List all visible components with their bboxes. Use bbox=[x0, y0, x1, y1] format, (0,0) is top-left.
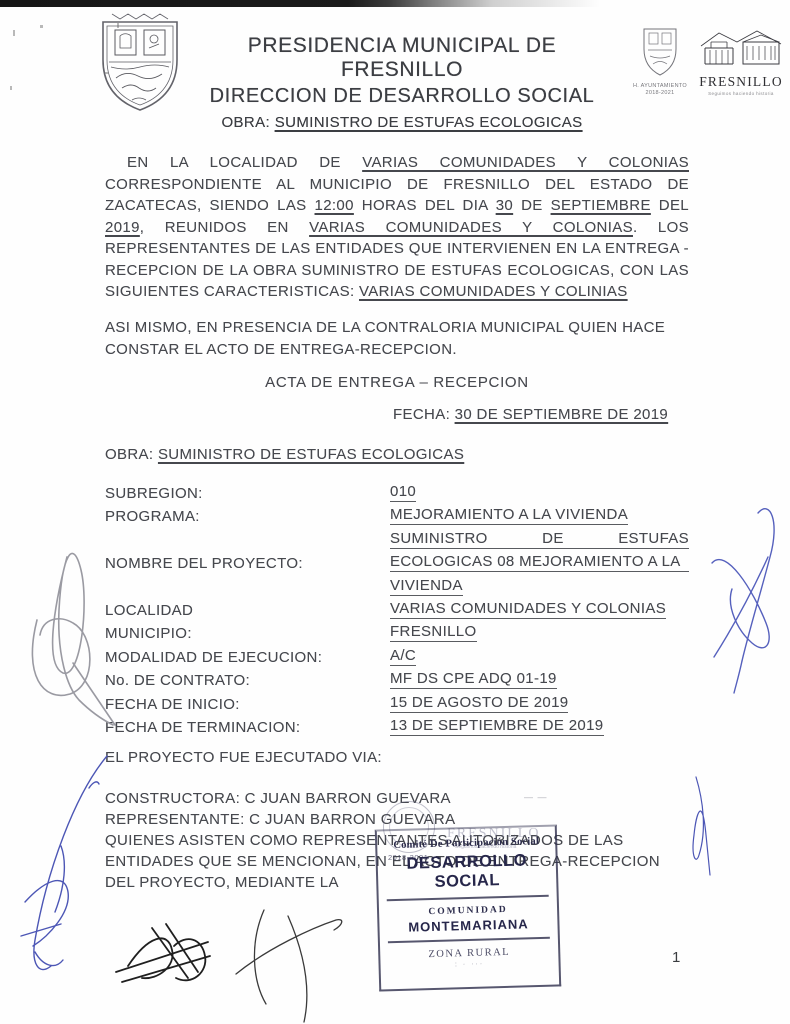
field-values: FRESNILLO bbox=[390, 622, 689, 645]
field-label: PROGRAMA: bbox=[105, 505, 390, 528]
field-value: SUMINISTRODEESTUFAS bbox=[390, 529, 689, 549]
field-value: FRESNILLO bbox=[390, 622, 477, 642]
acta-heading: ACTA DE ENTREGA – RECEPCION bbox=[105, 372, 689, 394]
field-row: SUBREGION:010 bbox=[105, 482, 689, 505]
signature-blue-bottom-left bbox=[5, 750, 117, 988]
field-value: A/C bbox=[390, 646, 416, 666]
contraloria-paragraph: ASI MISMO, EN PRESENCIA DE LA CONTRALORI… bbox=[105, 317, 689, 360]
field-row: NOMBRE DEL PROYECTO:SUMINISTRODEESTUFASE… bbox=[105, 529, 689, 599]
field-row: MUNICIPIO:FRESNILLO bbox=[105, 622, 689, 645]
fecha-label: FECHA: bbox=[393, 406, 455, 423]
stamp-community-name: MONTEMARIANA bbox=[379, 916, 557, 936]
field-value: VARIAS COMUNIDADES Y COLONIAS bbox=[390, 599, 666, 619]
intro-underlined-run: VARIAS COMUNIDADES Y COLINIAS bbox=[359, 283, 628, 300]
scanner-edge-band bbox=[0, 0, 600, 7]
intro-underlined-run: VARIAS COMUNIDADES Y COLONIAS bbox=[362, 154, 689, 171]
header-obra-line: OBRA: SUMINISTRO DE ESTUFAS ECOLOGICAS bbox=[188, 114, 616, 131]
scan-speck bbox=[13, 30, 15, 36]
stamp-desarrollo-social: DESARROLLO SOCIAL bbox=[377, 851, 556, 894]
stamp-divider bbox=[387, 895, 549, 902]
field-value: ECOLOGICAS 08 MEJORAMIENTO A LA bbox=[390, 552, 689, 572]
field-value: 13 DE SEPTIEMBRE DE 2019 bbox=[390, 716, 604, 736]
scanned-document-page: PRESIDENCIA MUNICIPAL DE FRESNILLO DIREC… bbox=[0, 0, 790, 1024]
page-number: 1 bbox=[672, 949, 680, 966]
field-value: 15 DE AGOSTO DE 2019 bbox=[390, 693, 568, 713]
field-values: 13 DE SEPTIEMBRE DE 2019 bbox=[390, 716, 689, 739]
fresnillo-city-logo: FRESNILLO Seguimos haciendo historia bbox=[697, 28, 785, 96]
field-values: 15 DE AGOSTO DE 2019 bbox=[390, 693, 689, 716]
field-value: 010 bbox=[390, 482, 416, 502]
executed-via-line: EL PROYECTO FUE EJECUTADO VIA: bbox=[105, 747, 689, 769]
field-value-word: ESTUFAS bbox=[618, 529, 689, 548]
faded-pen-dashes: — — bbox=[524, 792, 548, 802]
intro-underlined-run: SEPTIEMBRE bbox=[551, 197, 651, 214]
field-value-word: DE bbox=[542, 529, 564, 548]
fecha-line: FECHA: 30 DE SEPTIEMBRE DE 2019 bbox=[105, 404, 689, 426]
intro-underlined-run: 30 bbox=[496, 197, 513, 214]
header-title-line1: PRESIDENCIA MUNICIPAL DE FRESNILLO bbox=[188, 34, 616, 82]
field-value: VIVIENDA bbox=[390, 576, 463, 596]
field-row: PROGRAMA:MEJORAMIENTO A LA VIVIENDA bbox=[105, 505, 689, 528]
fresnillo-tagline: Seguimos haciendo historia bbox=[697, 91, 785, 96]
field-label: LOCALIDAD bbox=[105, 599, 390, 622]
field-values: A/C bbox=[390, 646, 689, 669]
signature-black-scribble bbox=[112, 916, 220, 994]
signature-black-cross bbox=[232, 902, 344, 1024]
header-title-line2: DIRECCION DE DESARROLLO SOCIAL bbox=[188, 85, 616, 108]
field-value-word: SUMINISTRO bbox=[390, 529, 488, 548]
field-values: SUMINISTRODEESTUFASECOLOGICAS 08 MEJORAM… bbox=[390, 529, 689, 599]
ayuntamiento-caption-line1: H. AYUNTAMIENTO bbox=[628, 83, 692, 90]
intro-text-run: DEL bbox=[651, 197, 689, 214]
field-label: FECHA DE TERMINACION: bbox=[105, 716, 390, 739]
intro-text-run: HORAS DEL DIA bbox=[354, 197, 496, 214]
stamp-divider bbox=[388, 937, 550, 944]
field-row: No. DE CONTRATO:MF DS CPE ADQ 01-19 bbox=[105, 669, 689, 692]
field-label: MUNICIPIO: bbox=[105, 622, 390, 645]
field-label: MODALIDAD DE EJECUCION: bbox=[105, 646, 390, 669]
field-values: 010 bbox=[390, 482, 689, 505]
intro-text-run: , REUNIDOS EN bbox=[140, 219, 309, 236]
field-row: FECHA DE INICIO:15 DE AGOSTO DE 2019 bbox=[105, 693, 689, 716]
scan-speck bbox=[40, 25, 43, 28]
field-values: MF DS CPE ADQ 01-19 bbox=[390, 669, 689, 692]
field-row: MODALIDAD DE EJECUCION:A/C bbox=[105, 646, 689, 669]
field-label: FECHA DE INICIO: bbox=[105, 693, 390, 716]
intro-underlined-run: 2019 bbox=[105, 219, 140, 236]
obra-value: SUMINISTRO DE ESTUFAS ECOLOGICAS bbox=[158, 446, 464, 463]
header-obra-label: OBRA: bbox=[221, 114, 274, 131]
fresnillo-coat-of-arms-icon bbox=[92, 12, 188, 121]
field-value: MF DS CPE ADQ 01-19 bbox=[390, 669, 557, 689]
stamp-committee-line: Comité De Participación Social bbox=[377, 836, 555, 852]
fresnillo-landmark-icon bbox=[699, 28, 783, 68]
ayuntamiento-shield-icon: H. AYUNTAMIENTO 2018-2021 bbox=[628, 26, 692, 96]
field-row: FECHA DE TERMINACION:13 DE SEPTIEMBRE DE… bbox=[105, 716, 689, 739]
project-fields-table: SUBREGION:010PROGRAMA:MEJORAMIENTO A LA … bbox=[105, 482, 689, 739]
comite-participacion-social-stamp: Comité De Participación Social DESARROLL… bbox=[375, 824, 561, 991]
field-row: LOCALIDADVARIAS COMUNIDADES Y COLONIAS bbox=[105, 599, 689, 622]
signature-blue-right bbox=[698, 495, 790, 695]
intro-text-run: EN LA LOCALIDAD DE bbox=[127, 154, 362, 171]
ayuntamiento-caption-line2: 2018-2021 bbox=[628, 90, 692, 97]
intro-underlined-run: 12:00 bbox=[315, 197, 354, 214]
intro-paragraph: EN LA LOCALIDAD DE VARIAS COMUNIDADES Y … bbox=[105, 152, 689, 303]
field-label: SUBREGION: bbox=[105, 482, 390, 505]
intro-underlined-run: VARIAS COMUNIDADES Y COLONIAS bbox=[309, 219, 633, 236]
field-values: MEJORAMIENTO A LA VIVIENDA bbox=[390, 505, 689, 528]
fecha-value: 30 DE SEPTIEMBRE DE 2019 bbox=[455, 406, 669, 423]
field-label: No. DE CONTRATO: bbox=[105, 669, 390, 692]
scan-speck bbox=[10, 86, 12, 90]
document-header: PRESIDENCIA MUNICIPAL DE FRESNILLO DIREC… bbox=[188, 34, 616, 131]
field-value: MEJORAMIENTO A LA VIVIENDA bbox=[390, 505, 628, 525]
header-obra-value: SUMINISTRO DE ESTUFAS ECOLOGICAS bbox=[275, 114, 583, 131]
fresnillo-wordmark: FRESNILLO bbox=[697, 74, 785, 90]
obra-label: OBRA: bbox=[105, 446, 158, 463]
obra-line: OBRA: SUMINISTRO DE ESTUFAS ECOLOGICAS bbox=[105, 444, 689, 466]
field-label: NOMBRE DEL PROYECTO: bbox=[105, 529, 390, 599]
field-values: VARIAS COMUNIDADES Y COLONIAS bbox=[390, 599, 689, 622]
intro-text-run: DE bbox=[513, 197, 551, 214]
